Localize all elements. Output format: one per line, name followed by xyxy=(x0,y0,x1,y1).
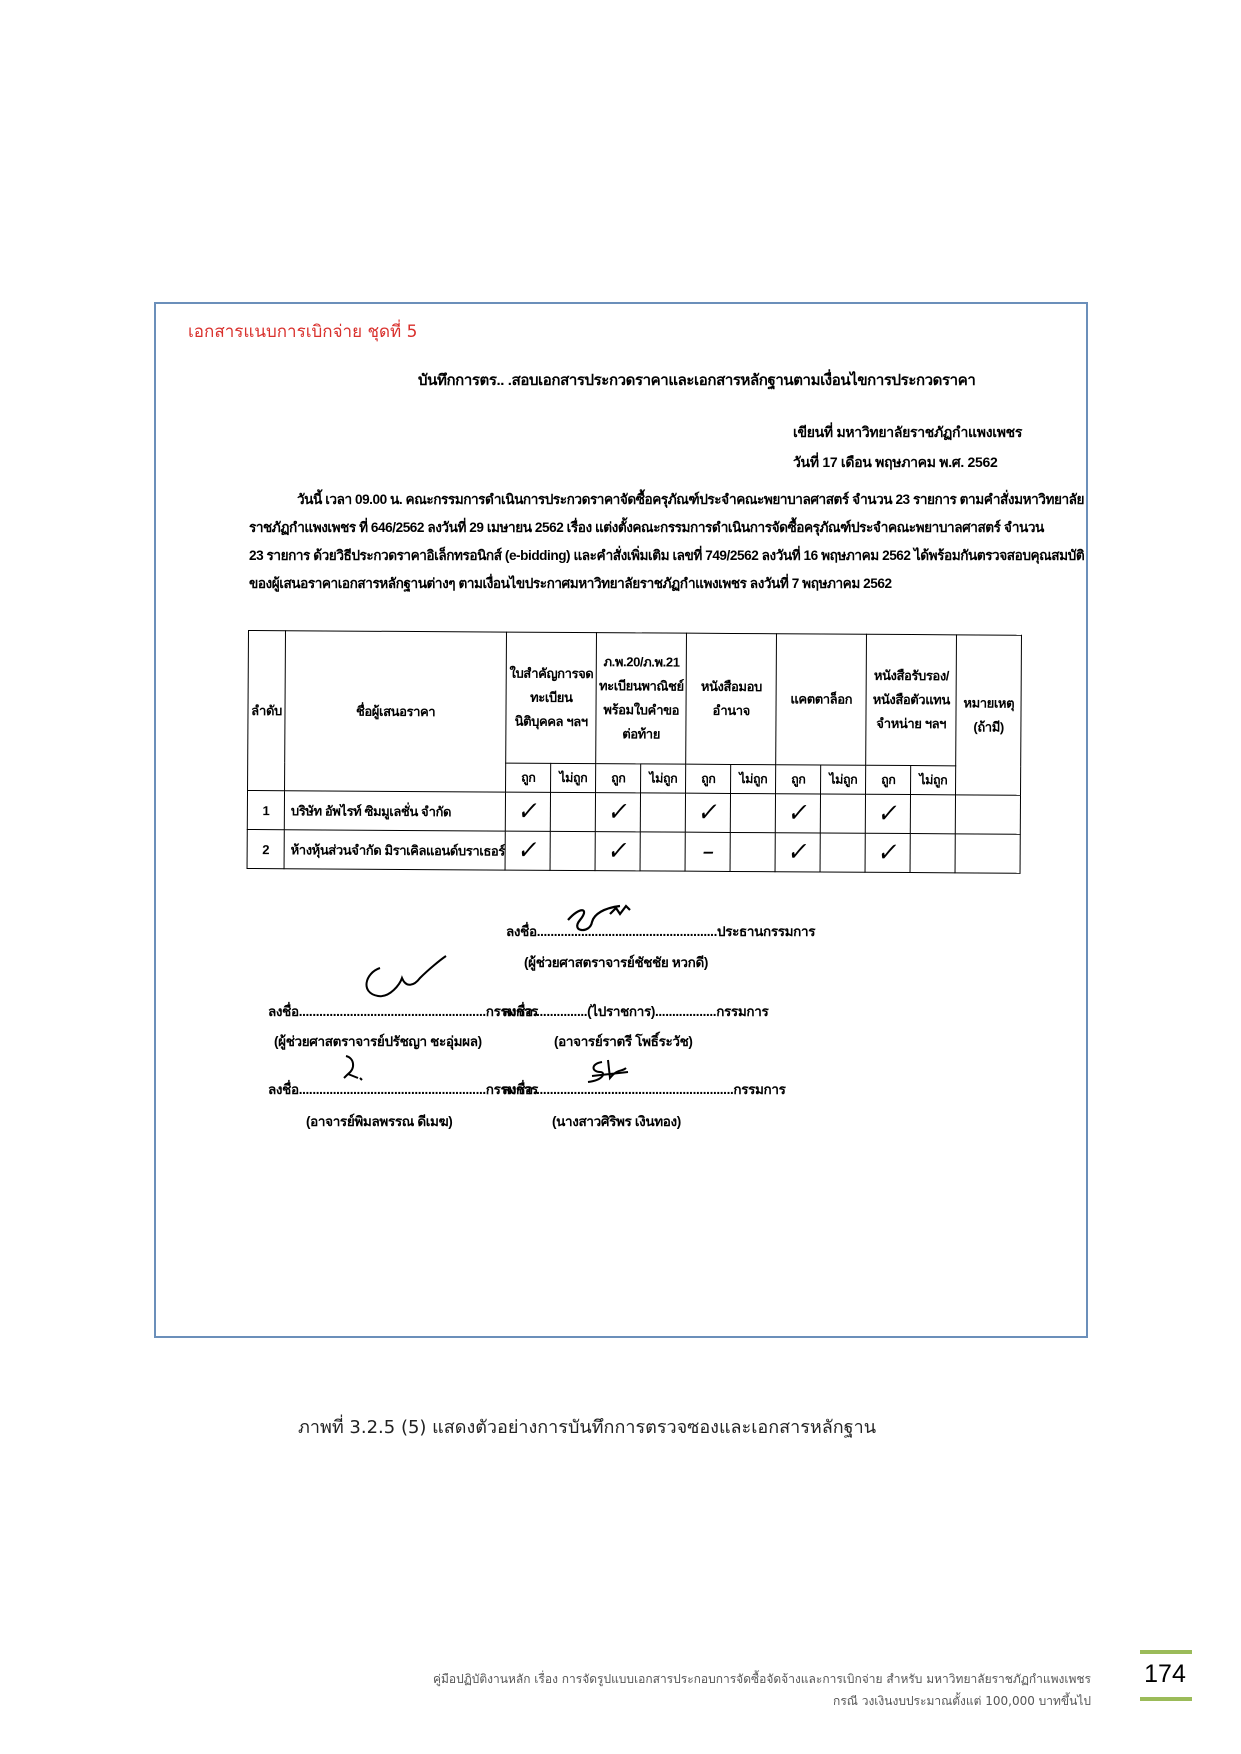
header-no: ลำดับ xyxy=(248,631,286,791)
check-cell xyxy=(820,794,865,833)
chair-name: (ผู้ช่วยศาสตราจารย์ชัชชัย หวกดี) xyxy=(524,951,708,973)
member4-name: (นางสาวศิริพร เงินทอง) xyxy=(552,1110,681,1132)
page-number-bar-top xyxy=(1140,1650,1192,1654)
header-doc3: หนังสือมอบอำนาจ xyxy=(686,633,777,765)
header-incorrect: ไม่ถูก xyxy=(551,763,596,792)
checkmark-icon: ✓ xyxy=(605,836,631,866)
header-doc1: ใบสำคัญการจดทะเบียนนิติบุคคล ฯลฯ xyxy=(506,632,597,764)
header-incorrect: ไม่ถูก xyxy=(641,764,686,793)
page-footer: คู่มือปฏิบัติงานหลัก เรื่อง การจัดรูปแบบ… xyxy=(433,1668,1091,1712)
member1-name: (ผู้ช่วยศาสตราจารย์ปรัชญา ชะอุ่มผล) xyxy=(274,1030,482,1052)
header-correct: ถูก xyxy=(866,765,911,794)
header-correct: ถูก xyxy=(686,764,731,793)
document-title: บันทึกการตร.. .สอบเอกสารประกวดราคาและเอก… xyxy=(418,368,975,392)
check-cell: ✓ xyxy=(505,792,550,831)
footer-line-1: คู่มือปฏิบัติงานหลัก เรื่อง การจัดรูปแบบ… xyxy=(433,1668,1091,1690)
header-remark: หมายเหตุ (ถ้ามี) xyxy=(956,635,1022,795)
check-cell xyxy=(550,792,595,831)
chair-sign-line: ลงชื่อ..................................… xyxy=(506,920,815,942)
check-cell: ✓ xyxy=(505,831,550,870)
header-bidder: ชื่อผู้เสนอราคา xyxy=(285,631,507,792)
check-cell: ✓ xyxy=(685,793,730,832)
header-doc2: ภ.พ.20/ภ.พ.21 ทะเบียนพาณิชย์ พร้อมใบคำขอ… xyxy=(596,633,687,765)
member2-name: (อาจารย์ราตรี โพธิ์ระวัช) xyxy=(554,1030,693,1052)
dash-icon: – xyxy=(699,837,717,867)
checkmark-icon: ✓ xyxy=(785,798,811,828)
check-cell xyxy=(640,793,685,832)
document-check-table: ลำดับ ชื่อผู้เสนอราคา ใบสำคัญการจดทะเบีย… xyxy=(247,630,1023,874)
header-correct: ถูก xyxy=(506,763,551,792)
check-cell: ✓ xyxy=(595,793,640,832)
check-cell xyxy=(730,832,775,871)
footer-line-2: กรณี วงเงินงบประมาณตั้งแต่ 100,000 บาทขึ… xyxy=(433,1690,1091,1712)
check-cell: ✓ xyxy=(595,832,640,871)
header-doc5: หนังสือรับรอง/ หนังสือตัวแทนจำหน่าย ฯลฯ xyxy=(866,634,957,766)
check-cell: ✓ xyxy=(775,794,820,833)
member1-signature-scribble xyxy=(350,948,450,1003)
checkmark-icon: ✓ xyxy=(695,798,721,828)
member3-sign-line: ลงชื่อ..................................… xyxy=(268,1078,538,1100)
member2-sign-line: ลงชื่อ................(ไปราชการ)........… xyxy=(502,1000,768,1022)
check-cell xyxy=(730,793,775,832)
checkmark-icon: ✓ xyxy=(515,836,541,866)
bidder-name: ห้างหุ้นส่วนจำกัด มิราเคิลแอนด์บราเธอร์ xyxy=(284,830,505,870)
check-cell xyxy=(910,834,955,873)
check-cell: ✓ xyxy=(865,794,910,833)
checkmark-icon: ✓ xyxy=(605,797,631,827)
body-line: ราชภัฏกำแพงเพชร ที่ 646/2562 ลงวันที่ 29… xyxy=(249,514,985,542)
check-cell: – xyxy=(685,832,730,871)
checkmark-icon: ✓ xyxy=(785,837,811,867)
checkmark-icon: ✓ xyxy=(875,838,901,868)
member3-name: (อาจารย์พิมลพรรณ ดีเมฆ) xyxy=(306,1110,452,1132)
check-cell: ✓ xyxy=(775,833,820,872)
row-number: 2 xyxy=(247,829,284,868)
body-line: วันนี้ เวลา 09.00 น. คณะกรรมการดำเนินการ… xyxy=(255,486,985,514)
remark-cell xyxy=(955,795,1020,834)
member1-sign-line: ลงชื่อ..................................… xyxy=(268,1000,538,1022)
page-number: 174 xyxy=(1140,1650,1190,1701)
figure-caption: ภาพที่ 3.2.5 (5) แสดงตัวอย่างการบันทึกกา… xyxy=(298,1412,876,1441)
bidder-name: บริษัท อัพไรท์ ซิมมูเลชั่น จำกัด xyxy=(284,791,505,831)
header-incorrect: ไม่ถูก xyxy=(821,765,866,794)
check-cell: ✓ xyxy=(865,833,910,872)
check-cell xyxy=(910,795,955,834)
remark-cell xyxy=(955,834,1020,873)
header-incorrect: ไม่ถูก xyxy=(731,764,776,793)
checkmark-icon: ✓ xyxy=(875,799,901,829)
header-incorrect: ไม่ถูก xyxy=(911,766,956,795)
member4-sign-line: ลงชื่อ..................................… xyxy=(502,1078,786,1100)
header-correct: ถูก xyxy=(596,764,641,793)
header-doc4: แคตตาล็อก xyxy=(776,634,867,766)
document-body: วันนี้ เวลา 09.00 น. คณะกรรมการดำเนินการ… xyxy=(255,486,985,598)
page-number-bar-bottom xyxy=(1140,1697,1192,1701)
check-cell xyxy=(640,832,685,871)
document-date: วันที่ 17 เดือน พฤษภาคม พ.ศ. 2562 xyxy=(793,452,998,474)
check-cell xyxy=(820,833,865,872)
page-number-text: 174 xyxy=(1140,1660,1190,1689)
check-cell xyxy=(550,831,595,870)
header-correct: ถูก xyxy=(776,765,821,794)
document-place: เขียนที่ มหาวิทยาลัยราชภัฏกำแพงเพชร xyxy=(793,422,1022,444)
row-number: 1 xyxy=(247,791,284,830)
table-row: 1บริษัท อัพไรท์ ซิมมูเลชั่น จำกัด✓✓✓✓✓ xyxy=(247,791,1020,835)
checkmark-icon: ✓ xyxy=(515,797,541,827)
scanned-document: บันทึกการตร.. .สอบเอกสารประกวดราคาและเอก… xyxy=(0,0,1241,1754)
table-row: 2ห้างหุ้นส่วนจำกัด มิราเคิลแอนด์บราเธอร์… xyxy=(247,829,1020,873)
body-line: 23 รายการ ด้วยวิธีประกวดราคาอิเล็กทรอนิก… xyxy=(249,542,985,570)
body-line: ของผู้เสนอราคาเอกสารหลักฐานต่างๆ ตามเงื่… xyxy=(249,570,985,598)
